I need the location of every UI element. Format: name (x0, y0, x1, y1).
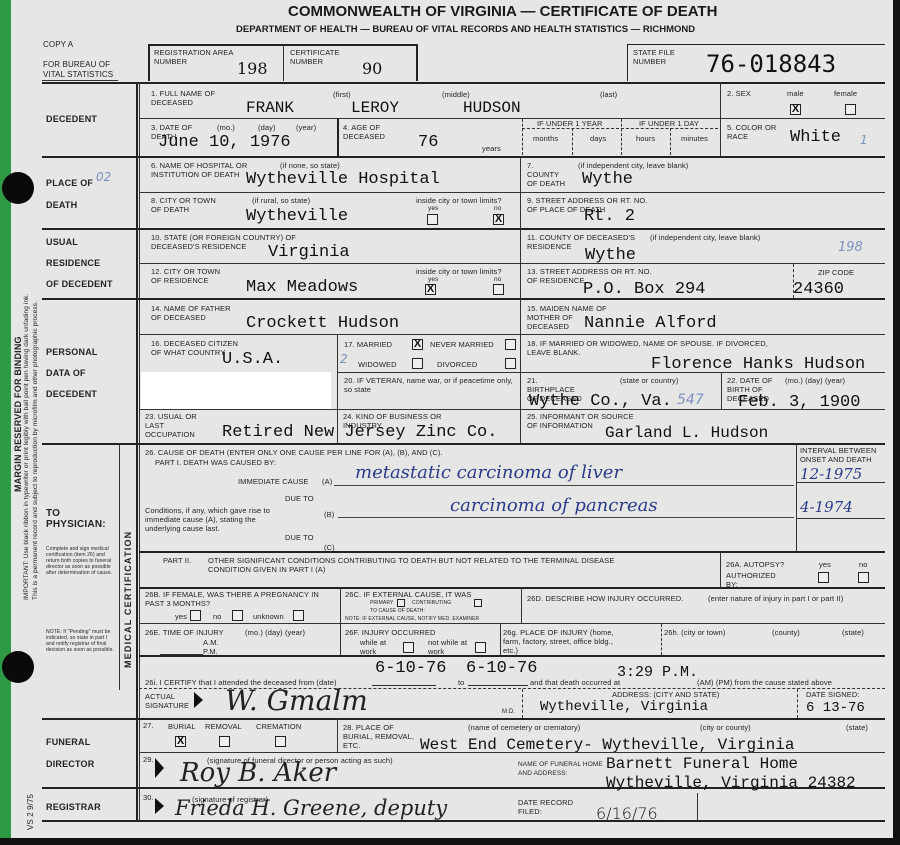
f4-label: 4. AGE OF DECEASED (343, 123, 403, 141)
zip-code: 24360 (793, 280, 844, 299)
registrar-signature: Frieda H. Greene, deputy (175, 796, 447, 820)
f26b-label: 26b. IF FEMALE, WAS THERE A PREGNANCY IN… (145, 590, 335, 608)
date-of-death: June 10, 1976 (158, 133, 291, 152)
autopsy-yes-checbox[interactable] (818, 572, 829, 583)
section-decedent-personal: DECEDENT (46, 389, 97, 399)
date-filed: 6/16/76 (596, 804, 658, 823)
f29-home-label: NAME OF FUNERAL HOME AND ADDRESS: (518, 760, 603, 778)
funeral-director-signature: Roy B. Aker (180, 758, 336, 788)
physician-note: Complete and sign medical certification … (46, 546, 116, 576)
registration-area-label: REGISTRATION AREA NUMBER (154, 48, 234, 66)
conditions-note: Conditions, if any, which gave rise to i… (145, 506, 275, 533)
medical-certification-label: MEDICAL CERTIFICATION (123, 531, 133, 668)
removal-checkbox[interactable] (219, 736, 230, 747)
f26h-label: 26h. (city or town) (664, 628, 726, 637)
hospital-name: Wytheville Hospital (246, 170, 440, 189)
pregnancy-yes-checkbox[interactable] (190, 610, 201, 621)
certificate-subtitle: DEPARTMENT OF HEALTH — BUREAU OF VITAL R… (236, 24, 695, 35)
registration-area-value: 198 (237, 59, 268, 78)
citizenship: U.S.A. (222, 350, 283, 369)
f14-label: 14. NAME OF FATHER OF DECEASED (151, 304, 241, 322)
attended-to: 6-10-76 (466, 659, 537, 678)
divorced-checkbox[interactable] (505, 358, 516, 369)
section-director: DIRECTOR (46, 759, 94, 769)
f17-label: 17. MARRIED (344, 340, 392, 349)
death-certificate: COMMONWEALTH OF VIRGINIA — CERTIFICATE O… (0, 0, 893, 838)
redacted-field (141, 372, 331, 409)
pregnancy-unknown-checkbox[interactable] (293, 610, 304, 621)
death-inside-limits-no[interactable]: X (493, 214, 504, 225)
section-physician: PHYSICIAN: (46, 519, 106, 530)
sex-male-checkbox[interactable]: X (790, 104, 801, 115)
street-of-death: Rt. 2 (584, 207, 635, 226)
interval-b: 4-1974 (800, 498, 853, 516)
copy-label: COPY A (43, 40, 73, 49)
f12-label: 12. CITY OR TOWN OF RESIDENCE (151, 267, 221, 285)
margin-instruction-1: IMPORTANT: Use black ribbon in typewrite… (24, 294, 30, 600)
county-of-residence: Wythe (585, 246, 636, 265)
residence-inside-limits-no[interactable] (493, 284, 504, 295)
age: 76 (418, 133, 438, 152)
last-name: HUDSON (463, 99, 521, 117)
f26f-label: 26f. INJURY OCCURRED (345, 628, 436, 637)
certificate-number-value: 90 (362, 59, 382, 78)
section-funeral: FUNERAL (46, 737, 90, 747)
street-of-residence: P.O. Box 294 (583, 280, 705, 299)
f5-label: 5. COLOR OR RACE (727, 123, 777, 141)
interval-label: INTERVAL BETWEEN ONSET AND DEATH (800, 446, 885, 464)
state-file-label: STATE FILE NUMBER (633, 48, 683, 66)
death-inside-limits-yes[interactable] (427, 214, 438, 225)
margin-instruction-2: This is a permanent record and subject t… (33, 301, 39, 600)
f7-label: 7. COUNTY OF DEATH (527, 161, 567, 188)
signature-arrow-icon (155, 758, 164, 778)
mother-maiden-name: Nannie Alford (584, 314, 717, 333)
pregnancy-no-checkbox[interactable] (232, 610, 243, 621)
section-place-of: PLACE OF (46, 178, 93, 188)
state-of-residence: Virginia (268, 243, 350, 262)
signature-arrow-icon (194, 692, 203, 708)
race: White (790, 128, 841, 147)
first-name: FRANK (246, 99, 294, 117)
cause-b: carcinoma of pancreas (450, 495, 658, 516)
residence-inside-limits-yes[interactable]: X (425, 284, 436, 295)
physician-signature: W. Gmalm (225, 684, 368, 717)
sex-female-checkbox[interactable] (845, 104, 856, 115)
cremation-checkbox[interactable] (275, 736, 286, 747)
copy-sub: FOR BUREAU OF VITAL STATISTICS (43, 60, 123, 80)
f26-header: 26. CAUSE OF DEATH (Enter only one cause… (145, 448, 443, 457)
signature-arrow-icon (155, 798, 164, 814)
f8-label: 8. CITY OR TOWN OF DEATH (151, 196, 221, 214)
while-at-work-checkbox[interactable] (403, 642, 414, 653)
cause-a: metastatic carcinoma of liver (355, 462, 622, 483)
section-decedent: DECEDENT (46, 114, 97, 124)
section-registrar: REGISTRAR (46, 802, 101, 812)
widowed-checkbox[interactable] (412, 358, 423, 369)
never-married-checkbox[interactable] (505, 339, 516, 350)
physician-address: Wytheville, Virginia (540, 699, 708, 715)
f23-label: 23. USUAL OR LAST OCCUPATION (145, 412, 215, 439)
autopsy-no-checkbox[interactable] (858, 572, 869, 583)
punch-hole (2, 651, 34, 683)
section-of-decedent: OF DECEDENT (46, 279, 113, 289)
f28-label: 28. PLACE OF BURIAL, REMOVAL, ETC. (343, 723, 418, 750)
section-data-of: DATA OF (46, 368, 86, 378)
section-residence: RESIDENCE (46, 258, 100, 268)
part2-label: OTHER SIGNIFICANT CONDITIONS CONTRIBUTIN… (208, 556, 638, 574)
f24-label: 24. KIND OF BUSINESS OR INDUSTRY (343, 412, 443, 430)
section-usual: USUAL (46, 237, 78, 247)
f1-label: 1. FULL NAME OF DECEASED (151, 89, 231, 107)
green-binding-edge (0, 0, 11, 838)
county-of-death: Wythe (582, 170, 633, 189)
state-file-number: 76-018843 (706, 50, 836, 78)
filed-label: DATE RECORD FILED: (518, 798, 588, 816)
certificate-number-label: CERTIFICATE NUMBER (290, 48, 350, 66)
section-personal: PERSONAL (46, 347, 98, 357)
form-code: VS 2 9/75 (26, 794, 35, 830)
f26e-label: 26e. TIME OF INJURY (145, 628, 224, 637)
certificate-title: COMMONWEALTH OF VIRGINIA — CERTIFICATE O… (288, 3, 717, 20)
city-of-death: Wytheville (246, 207, 348, 226)
section-to: TO (46, 508, 60, 519)
margin-title: MARGIN RESERVED FOR BINDING (13, 336, 23, 492)
funeral-home-name: Barnett Funeral Home (606, 755, 798, 773)
f2-label: 2. SEX (727, 89, 751, 98)
external-contributing-checkbox[interactable] (474, 599, 482, 607)
date-signed: 6 13-76 (806, 700, 865, 716)
punch-hole (2, 172, 34, 204)
f26g-label: 26g. PLACE OF INJURY (home, farm, factor… (503, 628, 618, 655)
f26d-label: 26d. DESCRIBE HOW INJURY OCCURRED. (527, 594, 683, 603)
city-of-residence: Max Meadows (246, 278, 358, 297)
funeral-home-address: Wytheville, Virginia 24382 (606, 774, 856, 792)
time-of-death: 3:29 P.M. (617, 664, 698, 681)
f26c-label: 26c. IF EXTERNAL CAUSE, IT WAS (345, 590, 472, 599)
pencil-note: 02 (96, 170, 111, 184)
middle-name: LEROY (351, 99, 399, 117)
f20-label: 20. IF VETERAN, name war, or if peacetim… (344, 376, 514, 394)
married-checkbox[interactable]: X (412, 339, 423, 350)
interval-a: 12-1975 (800, 465, 862, 483)
burial-checkbox[interactable]: X (175, 736, 186, 747)
not-while-at-work-checkbox[interactable] (475, 642, 486, 653)
section-death: DEATH (46, 200, 77, 210)
pending-note: NOTE: If "Pending" must be indicated, so… (46, 629, 116, 653)
attended-from: 6-10-76 (375, 659, 446, 678)
informant: Garland L. Hudson (605, 424, 768, 442)
father-name: Crockett Hudson (246, 314, 399, 333)
external-primary-checkbox[interactable] (397, 599, 405, 607)
